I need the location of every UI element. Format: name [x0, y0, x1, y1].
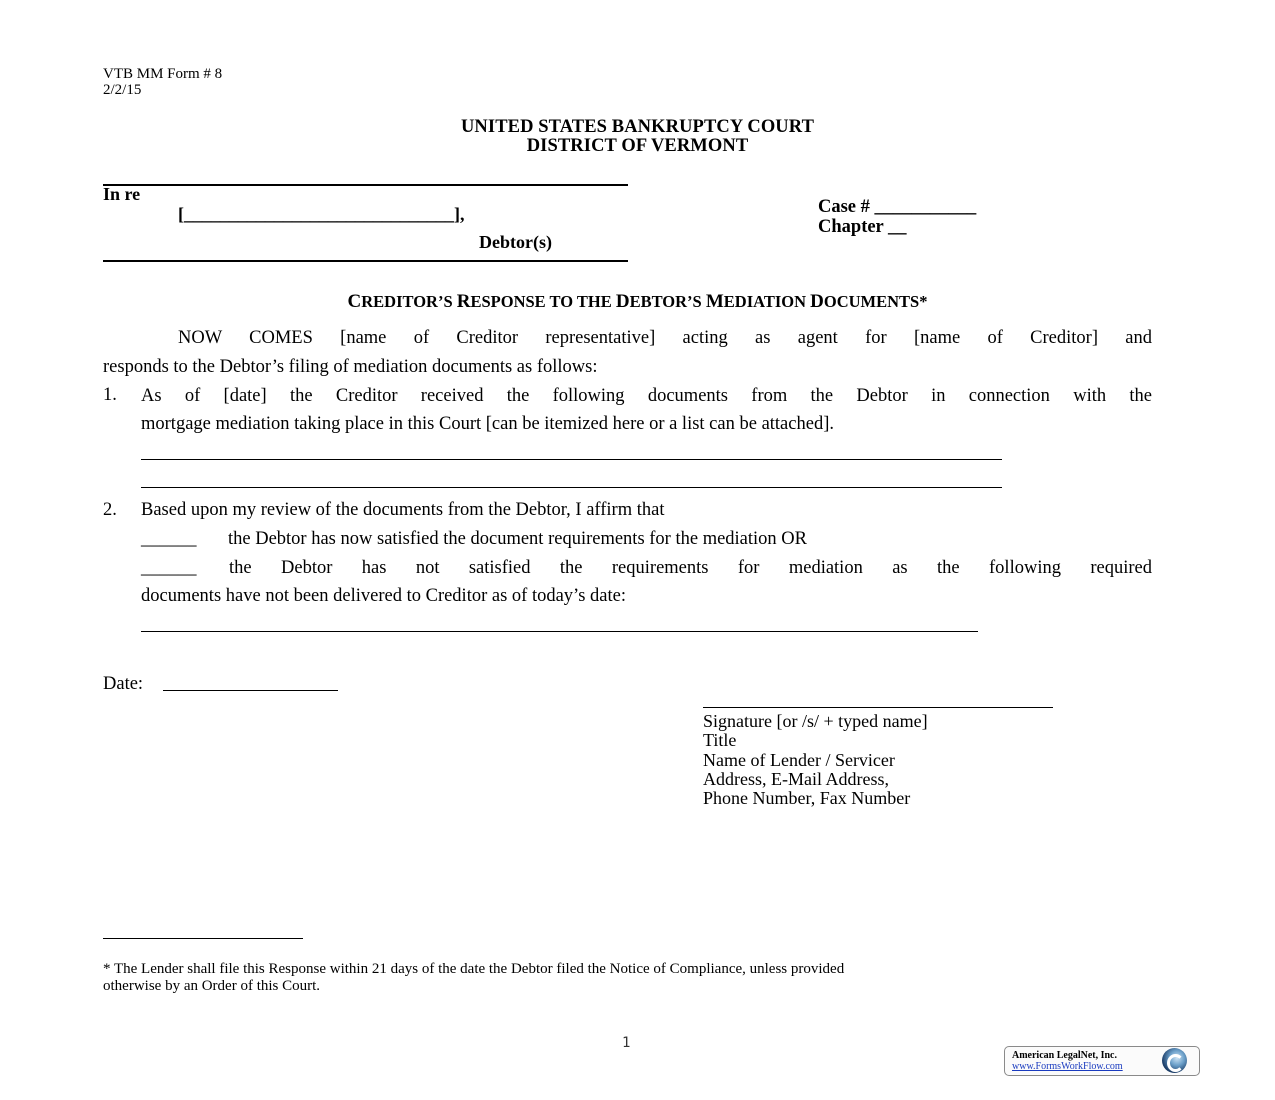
debtor-label: Debtor(s)	[479, 232, 552, 253]
date-label: Date:	[103, 674, 143, 695]
item-2-line-1: Based upon my review of the documents fr…	[141, 500, 664, 521]
date-field[interactable]	[163, 690, 338, 691]
footnote-separator	[103, 938, 303, 939]
intro-line-2: responds to the Debtor’s filing of media…	[103, 357, 597, 378]
court-district: DISTRICT OF VERMONT	[0, 137, 1275, 156]
case-number-field[interactable]: Case # ___________	[818, 197, 976, 217]
globe-logo-icon	[1162, 1048, 1187, 1073]
document-title: CREDITOR’S RESPONSE TO THE DEBTOR’S MEDI…	[0, 291, 1275, 313]
phone-fax-label: Phone Number, Fax Number	[703, 789, 928, 808]
in-re-label: In re	[103, 184, 140, 205]
item-1-number: 1.	[103, 385, 117, 406]
item-2-number: 2.	[103, 500, 117, 521]
documents-received-line-2[interactable]	[141, 487, 1002, 488]
case-info: Case # ___________ Chapter __	[818, 197, 976, 237]
title-label: Title	[703, 731, 928, 750]
option-not-satisfied-line-2: documents have not been delivered to Cre…	[141, 586, 626, 607]
signature-label: Signature [or /s/ + typed name]	[703, 712, 928, 731]
caption-top-rule	[103, 184, 628, 186]
signature-line[interactable]	[703, 707, 1053, 708]
footnote-line-1: * The Lender shall file this Response wi…	[103, 961, 844, 978]
intro-line-1: NOW COMES [name of Creditor representati…	[178, 328, 1152, 349]
publisher-badge[interactable]: American LegalNet, Inc. www.FormsWorkFlo…	[1004, 1046, 1200, 1076]
chapter-field[interactable]: Chapter __	[818, 217, 976, 237]
option-not-satisfied-checkbox[interactable]: ______	[141, 558, 197, 579]
form-identifier: VTB MM Form # 8 2/2/15	[103, 66, 222, 98]
option-not-satisfied-text: the Debtor has not satisfied the require…	[229, 558, 1152, 579]
address-label: Address, E-Mail Address,	[703, 770, 928, 789]
debtor-name-field[interactable]: [______________________________],	[178, 204, 465, 225]
caption-bottom-rule	[103, 260, 628, 262]
documents-received-line-1[interactable]	[141, 459, 1002, 460]
lender-name-label: Name of Lender / Servicer	[703, 751, 928, 770]
option-satisfied-text: the Debtor has now satisfied the documen…	[228, 529, 807, 550]
signature-block: Signature [or /s/ + typed name] Title Na…	[703, 712, 928, 808]
form-number: VTB MM Form # 8	[103, 66, 222, 82]
page-number: 1	[622, 1035, 630, 1051]
publisher-name: American LegalNet, Inc.	[1012, 1050, 1117, 1061]
item-1-line-2: mortgage mediation taking place in this …	[141, 414, 834, 435]
footnote: * The Lender shall file this Response wi…	[103, 961, 844, 994]
footnote-line-2: otherwise by an Order of this Court.	[103, 978, 844, 995]
item-1-line-1: As of [date] the Creditor received the f…	[141, 386, 1152, 406]
missing-documents-line[interactable]	[141, 631, 978, 632]
publisher-link[interactable]: www.FormsWorkFlow.com	[1012, 1061, 1123, 1072]
form-revision-date: 2/2/15	[103, 82, 222, 98]
court-heading: UNITED STATES BANKRUPTCY COURT DISTRICT …	[0, 118, 1275, 156]
court-name: UNITED STATES BANKRUPTCY COURT	[0, 118, 1275, 137]
option-satisfied-checkbox[interactable]: ______	[141, 529, 197, 550]
